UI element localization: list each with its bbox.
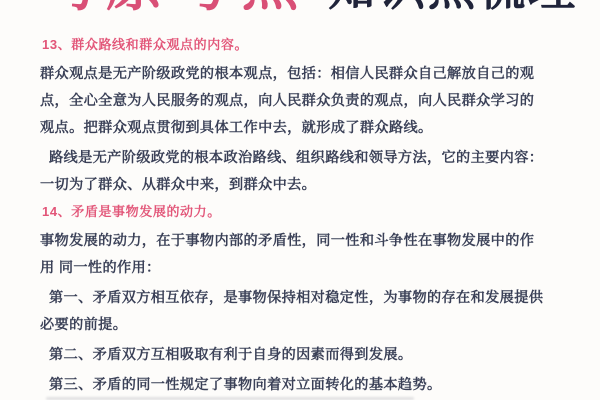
notes-content: 13、群众路线和群众观点的内容。 群众观点是无产阶级政党的根本观点，包括：相信人…: [0, 22, 600, 400]
section-14-paragraph-first-point: 第一、矛盾双方相互依存，是事物保持相对稳定性，为事物的存在和发展提供 必要的前提…: [40, 285, 564, 339]
section-13-paragraph-mass-viewpoint: 群众观点是无产阶级政党的根本观点，包括：相信人民群众自己解放自己的观 点，全心全…: [40, 61, 564, 142]
text-line: 点，全心全意为人民服务的观点，向人民群众负责的观点，向人民群众学习的: [40, 88, 564, 115]
text-line: 必要的前提。: [40, 312, 564, 339]
decorative-title-left-fragment: 马原考点: [38, 0, 310, 14]
section-14-paragraph-intro: 事物发展的动力，在于事物内部的矛盾性，同一性和斗争性在事物发展中的作 用 同一性…: [40, 228, 564, 282]
section-14-paragraph-third-point: 第三、矛盾的同一性规定了事物向着对立面转化的基本趋势。: [40, 372, 564, 399]
text-line: 第二、矛盾双方互相吸取有利于自身的因素而得到发展。: [40, 342, 564, 369]
text-line: 群众观点是无产阶级政党的根本观点，包括：相信人民群众自己解放自己的观: [40, 61, 564, 88]
text-line: 事物发展的动力，在于事物内部的矛盾性，同一性和斗争性在事物发展中的作: [40, 228, 564, 255]
text-line: 第一、矛盾双方相互依存，是事物保持相对稳定性，为事物的存在和发展提供: [40, 285, 564, 312]
decorative-title-right-fragment: 知识点梳理: [328, 0, 578, 13]
section-14-paragraph-second-point: 第二、矛盾双方互相吸取有利于自身的因素而得到发展。: [40, 342, 564, 369]
section-13-paragraph-mass-line: 路线是无产阶级政党的根本政治路线、组织路线和领导方法，它的主要内容： 一切为了群…: [40, 145, 564, 199]
section-14-heading: 14、矛盾是事物发展的动力。: [42, 205, 564, 219]
text-line: 第三、矛盾的同一性规定了事物向着对立面转化的基本趋势。: [40, 372, 564, 399]
text-line: 观点。把群众观点贯彻到具体工作中去，就形成了群众路线。: [40, 115, 564, 142]
section-13-heading: 13、群众路线和群众观点的内容。: [42, 38, 564, 52]
text-line: 路线是无产阶级政党的根本政治路线、组织路线和领导方法，它的主要内容：: [40, 145, 564, 172]
text-line: 用 同一性的作用：: [40, 255, 564, 282]
text-line: 一切为了群众、从群众中来，到群众中去。: [40, 172, 564, 199]
decorative-title-banner: 马原考点 知识点梳理: [0, 0, 600, 22]
notes-page: 马原考点 知识点梳理 13、群众路线和群众观点的内容。 群众观点是无产阶级政党的…: [0, 0, 600, 400]
